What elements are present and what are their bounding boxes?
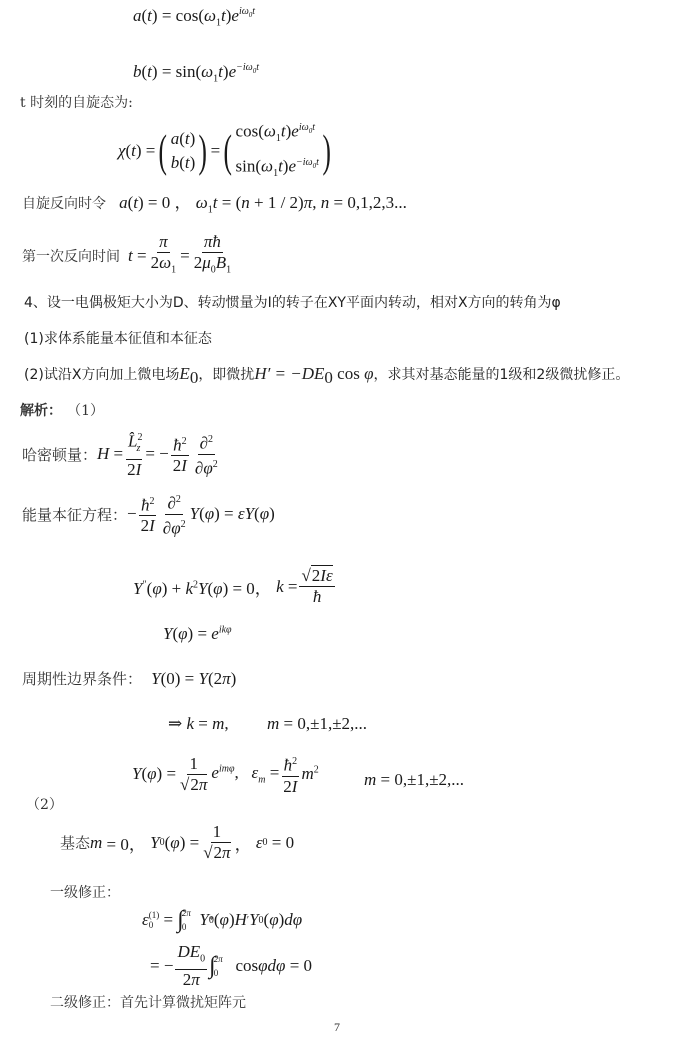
spin-state-label: t 时刻的自旋态为: — [20, 92, 133, 112]
m-range-2: m = 0,±1,±2,... — [364, 770, 464, 790]
equation-chi: χ(t) = ( a(t)b(t) ) = ( cos(ω1t)eiω0t si… — [118, 116, 334, 186]
k-quantization: ⇒ k = m, — [168, 714, 229, 734]
ground-state: 基态 m = 0， Y0(φ) = 1√2π ， ε0 = 0 — [60, 822, 294, 863]
problem-part1: (1)求体系能量本征值和本征态 — [24, 328, 212, 348]
second-order-label: 二级修正：首先计算微扰矩阵元 — [50, 992, 246, 1012]
general-solution: Y(φ) = eikφ — [163, 624, 232, 644]
problem-statement: 4、设一电偶极矩大小为D、转动惯量为I的转子在XY平面内转动，相对X方向的转角为… — [24, 292, 561, 312]
energy-eigen-equation: 能量本征方程： − ħ22I ∂2∂φ2 Y(φ) = εY(φ) — [22, 490, 275, 538]
first-order-line2: = − DE02π ∫2π0 cos φdφ = 0 — [150, 942, 312, 990]
first-flip-time: 第一次反向时间 t = π2ω1 = πħ2μ0B1 — [22, 232, 235, 280]
first-order-line1: ε(1)0 = ∫2π0 Y0*(φ)H′Y0(φ)dφ — [142, 906, 302, 934]
part2-marker: （2） — [26, 794, 63, 814]
flip-condition: 自旋反向时令 a(t) = 0 ， ω1t = (n + 1 / 2)π, n … — [22, 188, 407, 215]
hamiltonian: 哈密顿量： H = L̂2z2I = − ħ22I ∂2∂φ2 — [22, 428, 222, 480]
problem-part2: (2)试沿X方向加上微电场E0，即微扰H′ = −DE0 cos φ，求其对基态… — [24, 364, 629, 388]
m-range: m = 0,±1,±2,... — [267, 714, 367, 734]
first-order-label: 一级修正： — [50, 882, 120, 902]
page-number: 7 — [334, 1020, 340, 1035]
solution-heading: 解析： （1） — [20, 400, 104, 420]
ode-equation: Y″(φ) + k2Y(φ) = 0， k = √2Iεħ — [133, 566, 337, 607]
eigenstate-energy: Y(φ) = 1√2π eimφ, εm = ħ22I m2 — [132, 752, 319, 797]
equation-b-t: b(t) = sin(ω1t)e−iω0t — [133, 62, 259, 84]
equation-a-t: a(t) = cos(ω1t)eiω0t — [133, 6, 255, 28]
boundary-condition: 周期性边界条件： Y(0) = Y(2π) — [22, 668, 236, 689]
